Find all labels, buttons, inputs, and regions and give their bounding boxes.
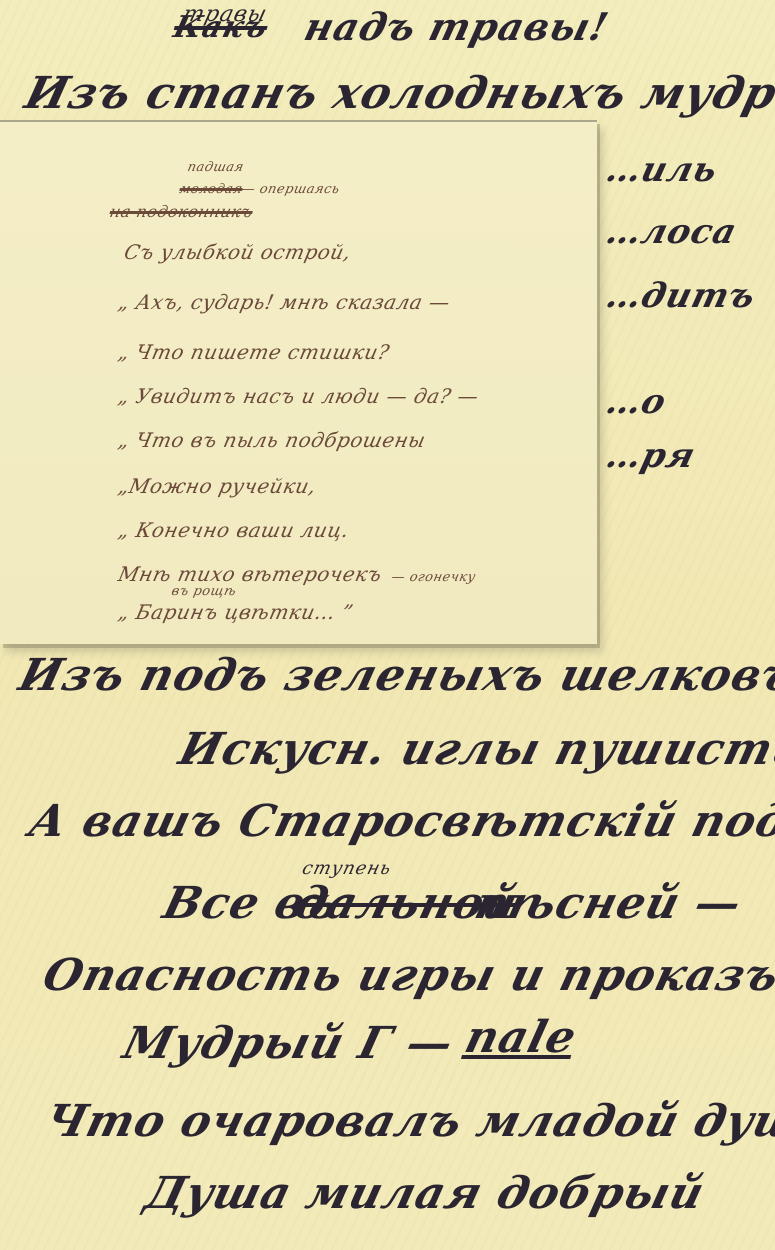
handwritten-line: надъ травы! (300, 4, 614, 49)
note-header: — опершаясь (240, 182, 341, 197)
note-insertion: въ рощѣ (170, 584, 238, 599)
handwritten-fragment: …лоса (602, 212, 741, 252)
handwritten-fragment: …о (602, 382, 671, 422)
handwritten-line: Опасность игры и проказъ (38, 950, 775, 1001)
note-line: Съ улыбкой острой, (122, 240, 353, 264)
handwritten-line: пѣсней — (470, 878, 747, 929)
manuscript-page: травы Какъ надъ травы! Изъ станъ холодны… (0, 0, 775, 1250)
note-struck-line: на подоконникъ (108, 202, 255, 221)
note-line: „ Баринъ цвѣтки… ” (116, 600, 356, 624)
note-struck-word: молодая (178, 182, 244, 197)
note-insertion: падшая (186, 160, 245, 175)
handwritten-line: Изъ подъ зеленыхъ шелковъ (14, 650, 775, 701)
handwritten-line: Изъ станъ холодныхъ мудрецовъ (20, 68, 775, 119)
insertion-word: ступень (300, 858, 394, 879)
handwritten-line: Что очаровалъ младой душъ (40, 1096, 775, 1147)
note-line: „ Конечно ваши лиц. (116, 518, 352, 542)
note-line: „ Увидитъ насъ и люди — да? — (116, 384, 481, 408)
handwritten-word-underlined: nale (460, 1012, 582, 1063)
pasted-note: падшая молодая — опершаясь на подоконник… (0, 120, 597, 644)
note-line: Мнѣ тихо вѣтерочекъ (116, 562, 384, 586)
note-line: „Можно ручейки, (116, 474, 319, 498)
note-line: „ Что въ пыль подброшены (116, 428, 428, 452)
handwritten-line: А вашъ Старосвѣтскій подносъ (24, 796, 775, 847)
handwritten-fragment: …иль (602, 150, 722, 190)
note-margin-insertion: — огонечку (390, 570, 477, 585)
handwritten-fragment: …ря (602, 436, 700, 476)
note-line: „ Ахъ, сударь! мнѣ сказала — (116, 290, 452, 314)
handwritten-line: Искусн. иглы пушистый (174, 724, 775, 775)
struck-word: Какъ (170, 10, 272, 45)
note-line: „ Что пишете стишки? (116, 340, 392, 364)
handwritten-fragment: …дитъ (602, 276, 760, 316)
handwritten-line: Душа милая добрый (140, 1168, 710, 1219)
handwritten-line: Мудрый Г — (118, 1018, 459, 1069)
